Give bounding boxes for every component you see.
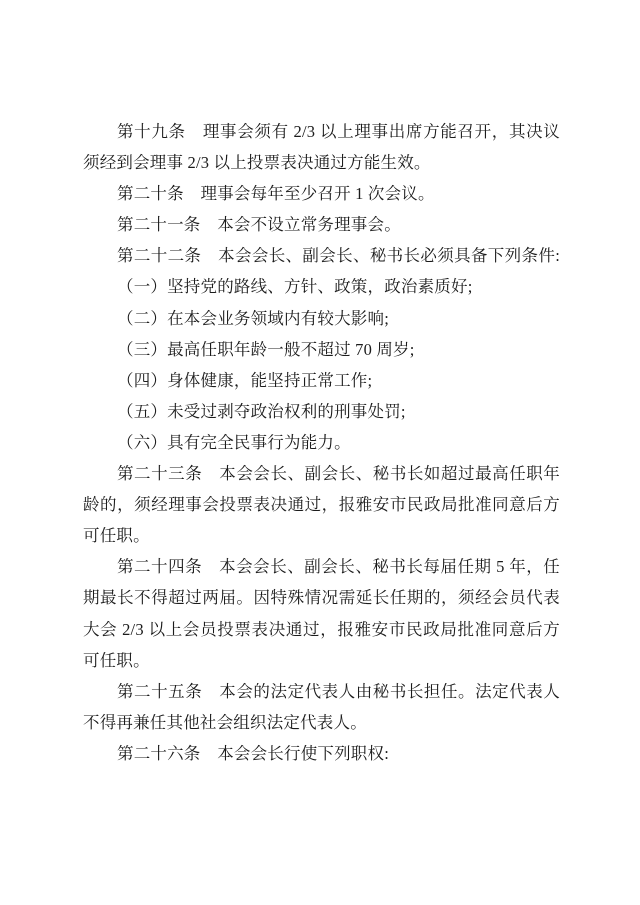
text-line: （四）身体健康，能坚持正常工作; <box>83 365 560 396</box>
text-line: 可任职。 <box>83 520 560 551</box>
text-line: 第二十四条 本会会长、副会长、秘书长每届任期 5 年，任 <box>83 551 560 582</box>
text-line: 第二十六条 本会会长行使下列职权: <box>83 738 560 769</box>
text-line: 大会 2/3 以上会员投票表决通过，报雅安市民政局批准同意后方 <box>83 614 560 645</box>
text-line: 须经到会理事 2/3 以上投票表决通过方能生效。 <box>83 147 560 178</box>
text-line: 期最长不得超过两届。因特殊情况需延长任期的，须经会员代表 <box>83 582 560 613</box>
text-line: 第二十条 理事会每年至少召开 1 次会议。 <box>83 178 560 209</box>
text-line: （二）在本会业务领域内有较大影响; <box>83 303 560 334</box>
text-line: （六）具有完全民事行为能力。 <box>83 427 560 458</box>
text-line: （三）最高任职年龄一般不超过 70 周岁; <box>83 334 560 365</box>
text-line: 可任职。 <box>83 645 560 676</box>
text-line: 第二十五条 本会的法定代表人由秘书长担任。法定代表人 <box>83 676 560 707</box>
text-line: （一）坚持党的路线、方针、政策，政治素质好; <box>83 271 560 302</box>
text-line: 第二十三条 本会会长、副会长、秘书长如超过最高任职年 <box>83 458 560 489</box>
text-line: 第二十二条 本会会长、副会长、秘书长必须具备下列条件: <box>83 240 560 271</box>
document-page: 第十九条 理事会须有 2/3 以上理事出席方能召开，其决议 须经到会理事 2/3… <box>0 0 640 905</box>
text-line: 不得再兼任其他社会组织法定代表人。 <box>83 707 560 738</box>
text-line: 龄的，须经理事会投票表决通过，报雅安市民政局批准同意后方 <box>83 489 560 520</box>
text-line: （五）未受过剥夺政治权利的刑事处罚; <box>83 396 560 427</box>
text-line: 第二十一条 本会不设立常务理事会。 <box>83 209 560 240</box>
document-body: 第十九条 理事会须有 2/3 以上理事出席方能召开，其决议 须经到会理事 2/3… <box>83 116 560 769</box>
text-line: 第十九条 理事会须有 2/3 以上理事出席方能召开，其决议 <box>83 116 560 147</box>
